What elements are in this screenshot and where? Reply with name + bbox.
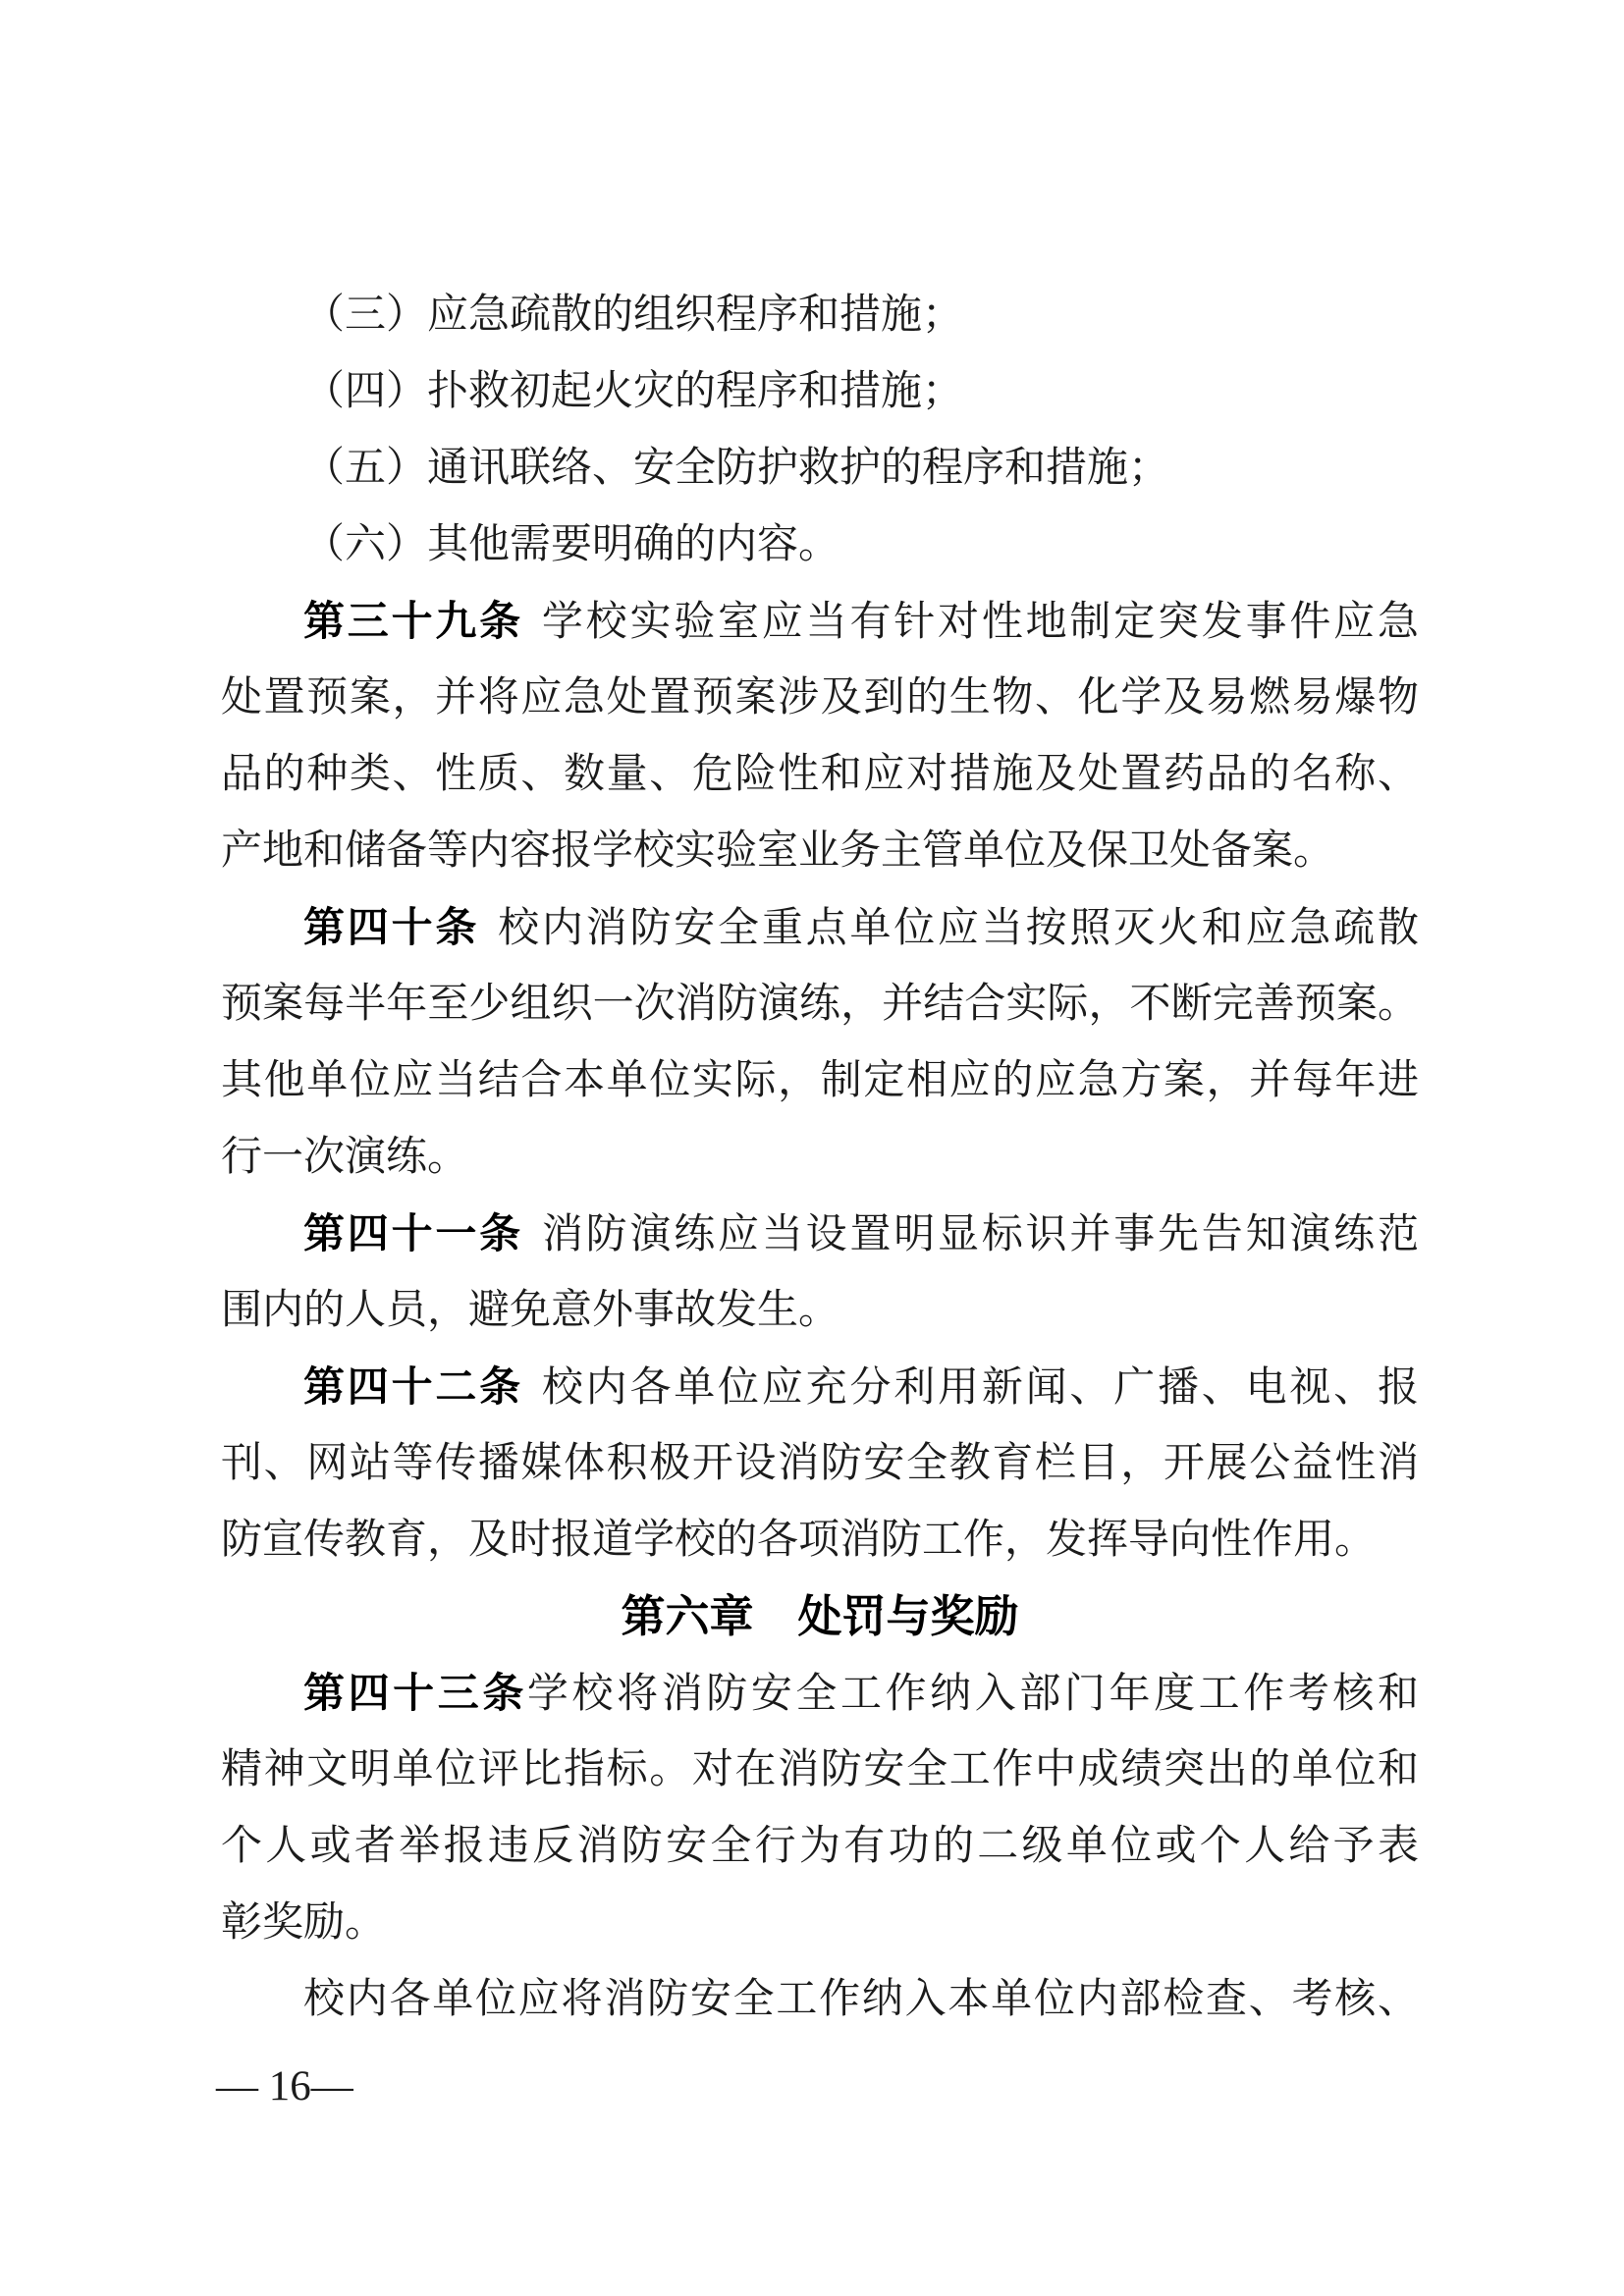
page-number: — 16— — [216, 2057, 353, 2116]
paragraph-text: 其他单位应当结合本单位实际，制定相应的应急方案，并每年进 — [221, 1058, 1419, 1103]
paragraph-line: 预案每半年至少组织一次消防演练，并结合实际，不断完善预案。 — [221, 966, 1419, 1042]
paragraph-first-line: 第四十一条消防演练应当设置明显标识并事先告知演练范 — [221, 1196, 1419, 1272]
paragraph-first-line: 校内各单位应将消防安全工作纳入本单位内部检查、考核、 — [221, 1961, 1419, 2038]
paragraph-line: 处置预案，并将应急处置预案涉及到的生物、化学及易燃易爆物 — [221, 660, 1419, 736]
paragraph-last-line: 产地和储备等内容报学校实验室业务主管单位及保卫处备案。 — [221, 813, 1419, 889]
document-page: （三）应急疏散的组织程序和措施； （四）扑救初起火灾的程序和措施； （五）通讯联… — [0, 0, 1624, 2296]
article-number-label: 第四十一条 — [303, 1210, 542, 1256]
paragraph-first-line: 第四十条校内消防安全重点单位应当按照灭火和应急疏散 — [221, 889, 1419, 966]
list-item-text: （三）应急疏散的组织程序和措施； — [303, 293, 963, 338]
article-number-label: 第四十条 — [303, 904, 498, 950]
list-item-text: （四）扑救初起火灾的程序和措施； — [303, 369, 963, 414]
paragraph-line: 刊、网站等传播媒体积极开设消防安全教育栏目，开展公益性消 — [221, 1425, 1419, 1502]
paragraph-line: 品的种类、性质、数量、危险性和应对措施及处置药品的名称、 — [221, 736, 1419, 813]
article-number-label: 第三十九条 — [303, 598, 542, 644]
paragraph-text: 防宣传教育，及时报道学校的各项消防工作，发挥导向性作用。 — [221, 1518, 1376, 1563]
paragraph-first-line: 第三十九条学校实验室应当有针对性地制定突发事件应急 — [221, 583, 1419, 660]
list-item: （五）通讯联络、安全防护救护的程序和措施； — [221, 430, 1419, 507]
chapter-heading-text: 第六章 处罚与奖励 — [621, 1591, 1018, 1641]
paragraph-text: 围内的人员，避免意外事故发生。 — [221, 1288, 839, 1333]
paragraph-text: 刊、网站等传播媒体积极开设消防安全教育栏目，开展公益性消 — [221, 1441, 1419, 1486]
paragraph-text: 个人或者举报违反消防安全行为有功的二级单位或个人给予表 — [221, 1824, 1419, 1869]
list-item: （四）扑救初起火灾的程序和措施； — [221, 353, 1419, 430]
paragraph-last-line: 彰奖励。 — [221, 1885, 1419, 1961]
paragraph-text: 行一次演练。 — [221, 1135, 468, 1180]
paragraph-line: 精神文明单位评比指标。对在消防安全工作中成绩突出的单位和 — [221, 1732, 1419, 1808]
paragraph-text: 预案每半年至少组织一次消防演练，并结合实际，不断完善预案。 — [221, 982, 1419, 1027]
paragraph-line: 个人或者举报违反消防安全行为有功的二级单位或个人给予表 — [221, 1808, 1419, 1885]
document-text-block: （三）应急疏散的组织程序和措施； （四）扑救初起火灾的程序和措施； （五）通讯联… — [221, 277, 1419, 2038]
paragraph-text: 彰奖励。 — [221, 1900, 386, 1946]
paragraph-first-line: 第四十三条学校将消防安全工作纳入部门年度工作考核和 — [221, 1655, 1419, 1732]
paragraph-text: 学校实验室应当有针对性地制定突发事件应急 — [542, 600, 1419, 645]
paragraph-last-line: 围内的人员，避免意外事故发生。 — [221, 1272, 1419, 1349]
paragraph-text: 消防演练应当设置明显标识并事先告知演练范 — [542, 1212, 1419, 1257]
paragraph-text: 产地和储备等内容报学校实验室业务主管单位及保卫处备案。 — [221, 828, 1334, 874]
paragraph-text: 学校将消防安全工作纳入部门年度工作考核和 — [527, 1672, 1419, 1717]
list-item: （三）应急疏散的组织程序和措施； — [221, 277, 1419, 353]
list-item: （六）其他需要明确的内容。 — [221, 507, 1419, 583]
paragraph-text: 处置预案，并将应急处置预案涉及到的生物、化学及易燃易爆物 — [221, 675, 1419, 721]
paragraph-first-line: 第四十二条校内各单位应充分利用新闻、广播、电视、报 — [221, 1349, 1419, 1425]
paragraph-text: 校内各单位应充分利用新闻、广播、电视、报 — [542, 1365, 1419, 1411]
paragraph-text: 校内各单位应将消防安全工作纳入本单位内部检查、考核、 — [303, 1977, 1419, 2022]
paragraph-line: 其他单位应当结合本单位实际，制定相应的应急方案，并每年进 — [221, 1042, 1419, 1119]
article-number-label: 第四十二条 — [303, 1363, 542, 1410]
paragraph-last-line: 行一次演练。 — [221, 1119, 1419, 1196]
list-item-text: （六）其他需要明确的内容。 — [303, 522, 839, 567]
paragraph-text: 校内消防安全重点单位应当按照灭火和应急疏散 — [498, 906, 1419, 951]
paragraph-last-line: 防宣传教育，及时报道学校的各项消防工作，发挥导向性作用。 — [221, 1502, 1419, 1578]
article-number-label: 第四十三条 — [303, 1670, 527, 1716]
chapter-heading: 第六章 处罚与奖励 — [221, 1578, 1419, 1655]
paragraph-text: 精神文明单位评比指标。对在消防安全工作中成绩突出的单位和 — [221, 1747, 1419, 1792]
paragraph-text: 品的种类、性质、数量、危险性和应对措施及处置药品的名称、 — [221, 752, 1419, 797]
list-item-text: （五）通讯联络、安全防护救护的程序和措施； — [303, 446, 1169, 491]
